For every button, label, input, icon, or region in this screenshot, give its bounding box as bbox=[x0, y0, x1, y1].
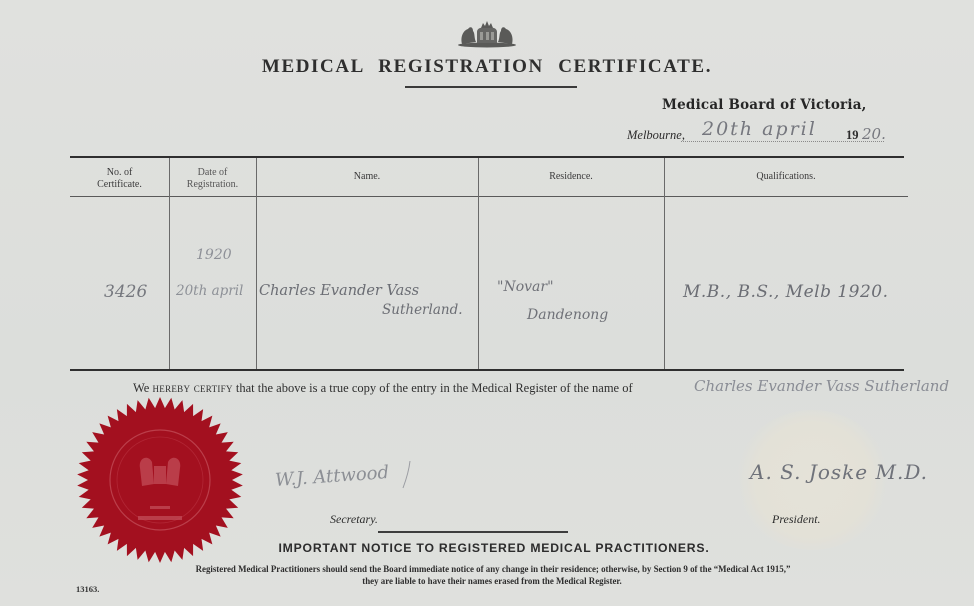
certify-lead-hereby: hereby certify bbox=[152, 381, 232, 395]
signature-flourish-icon bbox=[400, 460, 415, 490]
cell-certificate-no: 3426 bbox=[104, 282, 147, 302]
column-header-certificate-no: No. of Certificate. bbox=[70, 167, 169, 190]
cell-registration-day: 20th april bbox=[176, 283, 243, 299]
red-wax-seal-icon bbox=[76, 396, 244, 564]
secretary-label: Secretary. bbox=[330, 512, 378, 527]
cell-name-line1: Charles Evander Vass bbox=[259, 283, 419, 299]
column-header-name: Name. bbox=[256, 171, 478, 183]
header-line: Certificate. bbox=[70, 179, 169, 191]
notice-line-2: they are liable to have their names eras… bbox=[0, 575, 974, 587]
column-header-qualifications: Qualifications. bbox=[664, 171, 908, 183]
column-divider bbox=[478, 158, 479, 369]
notice-line-1: Registered Medical Practitioners should … bbox=[0, 563, 974, 575]
cell-residence-line1: "Novar" bbox=[497, 279, 554, 295]
notice-title: IMPORTANT NOTICE TO REGISTERED MEDICAL P… bbox=[0, 541, 974, 555]
secretary-signature: W.J. Attwood bbox=[274, 462, 389, 491]
column-header-date: Date of Registration. bbox=[169, 167, 256, 190]
place-label: Melbourne, bbox=[627, 128, 685, 143]
cell-qualifications: M.B., B.S., Melb 1920. bbox=[683, 282, 889, 302]
header-line: Registration. bbox=[169, 179, 256, 191]
certification-statement: We hereby certify that the above is a tr… bbox=[133, 381, 633, 396]
form-code: 13163. bbox=[76, 584, 99, 594]
certify-text: that the above is a true copy of the ent… bbox=[236, 381, 633, 395]
certificate-page: MEDICAL REGISTRATION CERTIFICATE. Medica… bbox=[0, 0, 974, 606]
certify-lead-we: We bbox=[133, 381, 149, 395]
header-line: Date of bbox=[169, 167, 256, 179]
issuing-board: Medical Board of Victoria, bbox=[662, 97, 867, 113]
column-divider bbox=[664, 158, 665, 369]
certified-name-handwritten: Charles Evander Vass Sutherland bbox=[694, 377, 949, 395]
issue-date-handwritten: 20th april bbox=[702, 118, 817, 140]
certificate-title: MEDICAL REGISTRATION CERTIFICATE. bbox=[0, 56, 974, 78]
president-label: President. bbox=[772, 512, 821, 527]
header-line: No. of bbox=[70, 167, 169, 179]
issue-year-handwritten: 20. bbox=[862, 125, 886, 143]
notice-body: Registered Medical Practitioners should … bbox=[0, 563, 974, 587]
cell-name-line2: Sutherland. bbox=[382, 302, 463, 318]
cell-residence-line2: Dandenong bbox=[527, 307, 608, 323]
president-signature: A. S. Joske M.D. bbox=[750, 460, 928, 484]
notice-divider bbox=[378, 531, 568, 533]
table-top-rule bbox=[70, 156, 904, 158]
column-header-residence: Residence. bbox=[478, 171, 664, 183]
coat-of-arms-icon bbox=[456, 20, 518, 48]
title-underline bbox=[405, 86, 577, 88]
cell-registration-year: 1920 bbox=[196, 247, 232, 263]
column-divider bbox=[256, 158, 257, 369]
table-bottom-rule bbox=[70, 369, 904, 371]
issue-year-printed: 19 bbox=[846, 128, 859, 143]
table-header-rule bbox=[70, 196, 908, 197]
